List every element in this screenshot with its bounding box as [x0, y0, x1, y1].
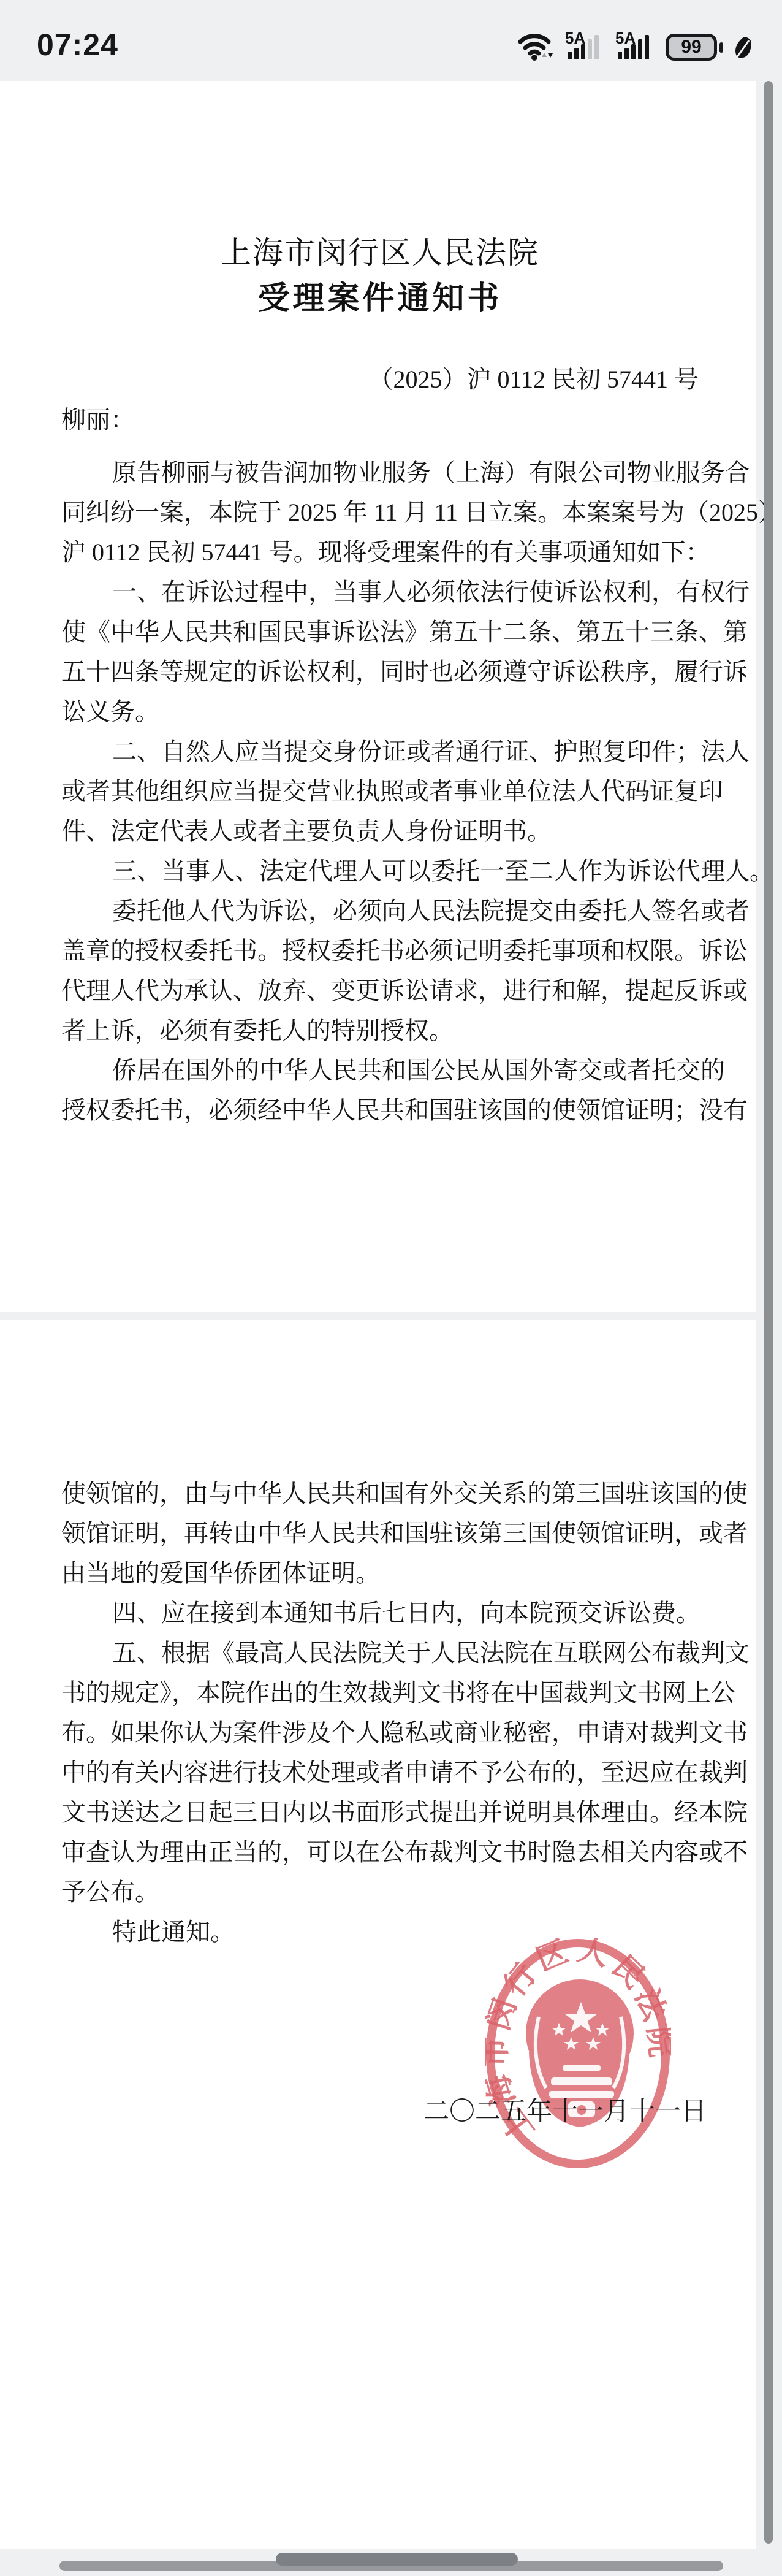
- document-line: 者上诉，必须有委托人的特别授权。: [61, 1011, 699, 1050]
- upload-arrow-icon: [542, 53, 547, 57]
- case-number: （2025）沪 0112 民初 57441 号: [368, 360, 699, 395]
- document-line: 领馆证明，再转由中华人民共和国驻该第三国使领馆证明，或者: [61, 1513, 699, 1553]
- document-line: 文书送达之日起三日内以书面形式提出并说明具体理由。经本院: [61, 1792, 699, 1832]
- document-line: 布。如果你认为案件涉及个人隐私或商业秘密，申请对裁判文书: [61, 1713, 699, 1752]
- wifi-icon: [517, 30, 555, 61]
- clock-label: 07:24: [37, 27, 118, 63]
- status-icons: 5A 5A 99: [517, 30, 753, 61]
- addressee: 柳丽：: [61, 400, 135, 435]
- document-body-page2: 使领馆的，由与中华人民共和国有外交关系的第三国驻该国的使领馆证明，再转由中华人民…: [61, 1473, 699, 1952]
- document-line: 书的规定》，本院作出的生效裁判文书将在中国裁判文书网上公: [61, 1673, 699, 1713]
- signal-bars-icon: [568, 35, 599, 59]
- document-line: 使领馆的，由与中华人民共和国有外交关系的第三国驻该国的使: [61, 1473, 699, 1513]
- document-line: 五、根据《最高人民法院关于人民法院在互联网公布裁判文: [61, 1633, 699, 1673]
- document-line: 授权委托书，必须经中华人民共和国驻该国的使领馆证明；没有: [61, 1090, 699, 1130]
- document-line: 委托他人代为诉讼，必须向人民法院提交由委托人签名或者: [61, 891, 699, 931]
- vertical-scrollbar[interactable]: [764, 81, 773, 2544]
- document-line: 同纠纷一案，本院于 2025 年 11 月 11 日立案。本案案号为（2025）: [61, 492, 699, 532]
- signal-indicator-sim1: 5A: [565, 30, 605, 61]
- court-name-title: 上海市闵行区人民法院: [61, 228, 699, 272]
- document-line: 讼义务。: [61, 692, 699, 732]
- signal-bars-icon: [618, 35, 649, 59]
- document-line: 五十四条等规定的诉讼权利，同时也必须遵守诉讼秩序，履行诉: [61, 652, 699, 692]
- notice-title: 受理案件通知书: [61, 272, 699, 318]
- document-line: 中的有关内容进行技术处理或者申请不予公布的，至迟应在裁判: [61, 1752, 699, 1792]
- document-line: 审查认为理由正当的，可以在公布裁判文书时隐去相关内容或不: [61, 1832, 699, 1872]
- document-line: 使《中华人民共和国民事诉讼法》第五十二条、第五十三条、第: [61, 612, 699, 652]
- document-line: 或者其他组织应当提交营业执照或者事业单位法人代码证复印: [61, 771, 699, 811]
- document-line: 件、法定代表人或者主要负责人身份证明书。: [61, 811, 699, 851]
- document-line: 沪 0112 民初 57441 号。现将受理案件的有关事项通知如下：: [61, 532, 699, 572]
- document-line: 原告柳丽与被告润加物业服务（上海）有限公司物业服务合: [61, 453, 699, 492]
- document-line: 四、应在接到本通知书后七日内，向本院预交诉讼费。: [61, 1593, 699, 1633]
- battery-nub: [719, 42, 723, 53]
- document-body-page1: 原告柳丽与被告润加物业服务（上海）有限公司物业服务合同纠纷一案，本院于 2025…: [61, 453, 699, 1130]
- document-date: 二〇二五年十一月十一日: [423, 2091, 707, 2128]
- battery-saver-leaf-icon: [733, 35, 753, 61]
- status-bar: 07:24 5A 5A: [0, 0, 782, 81]
- document-line: 代理人代为承认、放弃、变更诉讼请求，进行和解，提起反诉或: [61, 971, 699, 1011]
- download-arrow-icon: [548, 53, 553, 58]
- phone-screen: 07:24 5A 5A: [0, 0, 782, 2576]
- document-line: 由当地的爱国华侨团体证明。: [61, 1553, 699, 1593]
- document-page-2: 使领馆的，由与中华人民共和国有外交关系的第三国驻该国的使领馆证明，再转由中华人民…: [0, 1320, 756, 2549]
- court-seal: 上海市闵行区人民法院: [485, 1938, 671, 2169]
- document-line: 一、在诉讼过程中，当事人必须依法行使诉讼权利，有权行: [61, 572, 699, 612]
- document-line: 予公布。: [61, 1872, 699, 1912]
- document-page-1: 上海市闵行区人民法院 受理案件通知书 （2025）沪 0112 民初 57441…: [0, 81, 756, 1312]
- document-line: 三、当事人、法定代理人可以委托一至二人作为诉讼代理人。: [61, 851, 699, 891]
- battery-body: 99: [666, 34, 717, 61]
- document-line: 侨居在国外的中华人民共和国公民从国外寄交或者托交的: [61, 1050, 699, 1090]
- document-line: 二、自然人应当提交身份证或者通行证、护照复印件；法人: [61, 732, 699, 771]
- battery-indicator: 99: [666, 34, 723, 61]
- document-line: 盖章的授权委托书。授权委托书必须记明委托事项和权限。诉讼: [61, 931, 699, 971]
- signal-indicator-sim2: 5A: [615, 30, 656, 61]
- gesture-navigation-pill[interactable]: [276, 2553, 518, 2566]
- battery-level: 99: [681, 37, 701, 58]
